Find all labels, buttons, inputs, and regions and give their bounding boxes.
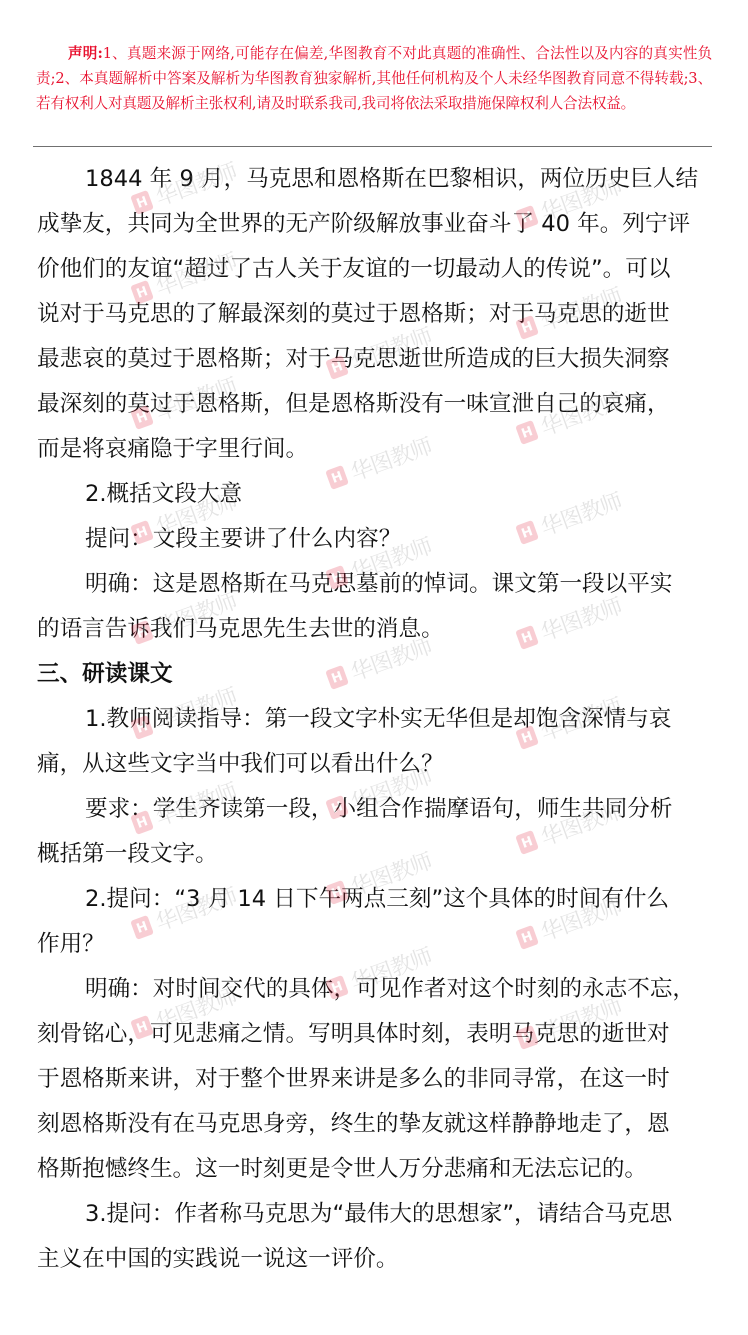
answer-line: 格斯抱憾终生。这一时刻更是令世人万分悲痛和无法忘记的。 [37,1147,712,1192]
requirement-line: 要求：学生齐读第一段，小组合作揣摩语句，师生共同分析 [37,787,712,832]
question-line: 2.提问：“3 月 14 日下午两点三刻”这个具体的时间有什么 [37,877,712,922]
paragraph-line: 1844 年 9 月，马克思和恩格斯在巴黎相识，两位历史巨人结 [37,157,712,202]
disclaimer-notice: 声明:1、真题来源于网络,可能存在偏差,华图教育不对此真题的准确性、合法性以及内… [36,41,712,116]
disclaimer-label: 声明: [68,45,103,62]
disclaimer-text: 1、真题来源于网络,可能存在偏差,华图教育不对此真题的准确性、合法性以及内容的真… [36,45,712,112]
answer-line: 刻恩格斯没有在马克思身旁，终生的挚友就这样静静地走了，恩 [37,1102,712,1147]
header-divider [33,146,712,147]
question-line: 作用？ [37,922,712,967]
requirement-line: 概括第一段文字。 [37,832,712,877]
document-page: 声明:1、真题来源于网络,可能存在偏差,华图教育不对此真题的准确性、合法性以及内… [0,0,748,1335]
answer-line: 刻骨铭心，可见悲痛之情。写明具体时刻，表明马克思的逝世对 [37,1012,712,1057]
answer-line: 于恩格斯来讲，对于整个世界来讲是多么的非同寻常，在这一时 [37,1057,712,1102]
answer-line: 的语言告诉我们马克思先生去世的消息。 [37,607,712,652]
answer-line: 明确：这是恩格斯在马克思墓前的悼词。课文第一段以平实 [37,562,712,607]
question-line: 主义在中国的实践说一说这一评价。 [37,1237,712,1282]
section-heading: 三、研读课文 [37,652,712,697]
answer-line: 明确：对时间交代的具体，可见作者对这个时刻的永志不忘， [37,967,712,1012]
question-line: 提问：文段主要讲了什么内容？ [37,517,712,562]
instruction-line: 1.教师阅读指导：第一段文字朴实无华但是却饱含深情与哀 [37,697,712,742]
paragraph-line: 最悲哀的莫过于恩格斯；对于马克思逝世所造成的巨大损失洞察 [37,337,712,382]
paragraph-line: 价他们的友谊“超过了古人关于友谊的一切最动人的传说”。可以 [37,247,712,292]
instruction-line: 痛，从这些文字当中我们可以看出什么？ [37,742,712,787]
question-line: 3.提问：作者称马克思为“最伟大的思想家”，请结合马克思 [37,1192,712,1237]
subheading-summary: 2.概括文段大意 [37,472,712,517]
paragraph-line: 成挚友，共同为全世界的无产阶级解放事业奋斗了 40 年。列宁评 [37,202,712,247]
paragraph-line: 而是将哀痛隐于字里行间。 [37,427,712,472]
paragraph-line: 说对于马克思的了解最深刻的莫过于恩格斯；对于马克思的逝世 [37,292,712,337]
document-body: 1844 年 9 月，马克思和恩格斯在巴黎相识，两位历史巨人结 成挚友，共同为全… [37,157,712,1282]
paragraph-line: 最深刻的莫过于恩格斯，但是恩格斯没有一味宣泄自己的哀痛， [37,382,712,427]
